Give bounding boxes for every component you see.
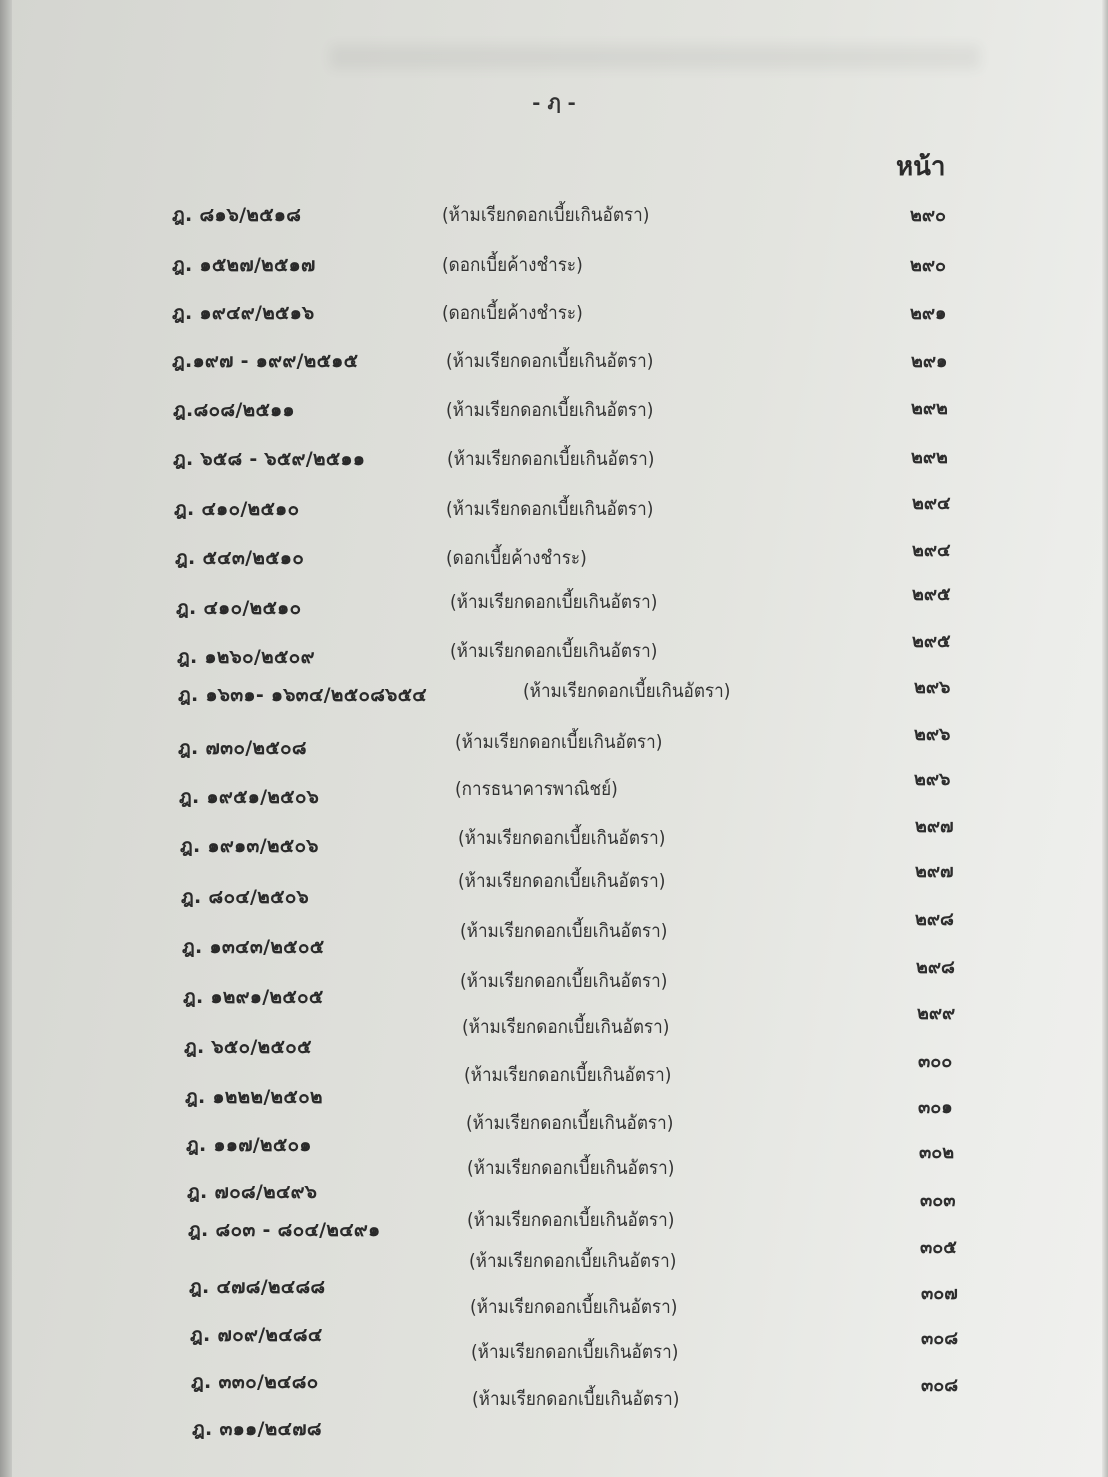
- page-column-header: หน้า: [896, 146, 946, 187]
- page-number: ๒๙๖: [914, 764, 950, 793]
- case-citation: ฎ. ๑๙๑๓/๒๕๐๖: [180, 831, 319, 861]
- case-topic: (ห้ามเรียกดอกเบี้ยเกินอัตรา): [469, 1246, 676, 1276]
- case-citation: ฎ. ๖๕๐/๒๕๐๕: [184, 1032, 312, 1062]
- case-citation: ฎ. ๑๖๓๑- ๑๖๓๔/๒๕๐๘๖๕๔: [178, 680, 427, 710]
- index-entry: ฎ. ๑๕๒๗/๒๕๑๗(ดอกเบี้ยค้างชำระ)๒๙๐: [0, 250, 1108, 286]
- index-entry: ฎ. ๕๔๓/๒๕๑๐(ดอกเบี้ยค้างชำระ)๒๙๔: [0, 543, 1108, 579]
- case-citation: ฎ. ๗๐๘/๒๔๙๖: [187, 1177, 317, 1207]
- case-topic: (ห้ามเรียกดอกเบี้ยเกินอัตรา): [442, 200, 649, 230]
- case-citation: ฎ. ๕๔๓/๒๕๑๐: [175, 543, 304, 573]
- case-citation: ฎ. ๑๒๖๐/๒๕๐๙: [177, 642, 315, 672]
- case-topic: (การธนาคารพาณิชย์): [455, 774, 618, 804]
- case-topic: (ห้ามเรียกดอกเบี้ยเกินอัตรา): [462, 1012, 669, 1042]
- page-number: ๒๙๔: [912, 535, 951, 564]
- index-entry: ฎ. ๑๙๔๙/๒๕๑๖(ดอกเบี้ยค้างชำระ)๒๙๑: [0, 298, 1108, 334]
- page-number: ๒๙๙: [917, 998, 955, 1027]
- case-citation: ฎ. ๘๐๓ - ๘๐๔/๒๔๙๑: [188, 1215, 381, 1245]
- page-number: ๒๙๑: [911, 346, 947, 375]
- case-topic: (ห้ามเรียกดอกเบี้ยเกินอัตรา): [447, 444, 654, 474]
- case-citation: ฎ. ๑๙๔๙/๒๕๑๖: [172, 298, 314, 328]
- page-number: ๒๙๘: [915, 904, 954, 933]
- case-topic: (ห้ามเรียกดอกเบี้ยเกินอัตรา): [467, 1153, 674, 1183]
- case-citation: ฎ. ๗๓๐/๒๕๐๘: [178, 733, 307, 763]
- case-citation: ฎ. ๘๑๖/๒๕๑๘: [172, 200, 301, 230]
- case-topic: (ห้ามเรียกดอกเบี้ยเกินอัตรา): [450, 587, 657, 617]
- index-entry: ฎ. ๖๕๘ - ๖๕๙/๒๕๑๑(ห้ามเรียกดอกเบี้ยเกินอ…: [0, 444, 1108, 480]
- case-topic: (ห้ามเรียกดอกเบี้ยเกินอัตรา): [458, 823, 665, 853]
- case-citation: ฎ. ๑๕๒๗/๒๕๑๗: [172, 250, 316, 280]
- page-marker: - ฦ -: [0, 86, 1108, 118]
- case-citation: ฎ. ๔๑๐/๒๕๑๐: [176, 593, 301, 623]
- index-entry: ฎ. ๔๑๐/๒๕๑๐(ห้ามเรียกดอกเบี้ยเกินอัตรา)๒…: [0, 593, 1108, 629]
- page-number: ๒๙๕: [912, 626, 951, 655]
- page-number: ๒๙๐: [910, 200, 946, 229]
- case-topic: (ดอกเบี้ยค้างชำระ): [446, 543, 587, 573]
- case-citation: ฎ.๘๐๘/๒๕๑๑: [173, 395, 295, 425]
- page-number: ๒๙๗: [915, 811, 954, 840]
- case-topic: (ห้ามเรียกดอกเบี้ยเกินอัตรา): [464, 1060, 671, 1090]
- case-topic: (ห้ามเรียกดอกเบี้ยเกินอัตรา): [446, 395, 653, 425]
- page-number: ๒๙๒: [911, 393, 948, 422]
- case-citation: ฎ. ๑๙๕๑/๒๕๐๖: [179, 782, 319, 812]
- index-entry: ฎ.๘๐๘/๒๕๑๑(ห้ามเรียกดอกเบี้ยเกินอัตรา)๒๙…: [0, 395, 1108, 431]
- case-topic: (ห้ามเรียกดอกเบี้ยเกินอัตรา): [446, 346, 653, 376]
- page-number: ๓๐๘: [921, 1323, 958, 1352]
- page-number: ๒๙๖: [914, 672, 950, 701]
- page-number: ๓๐๒: [919, 1137, 954, 1166]
- case-topic: (ห้ามเรียกดอกเบี้ยเกินอัตรา): [523, 676, 730, 706]
- page-number: ๒๙๐: [910, 250, 946, 279]
- page-number: ๒๙๗: [915, 856, 954, 885]
- case-citation: ฎ. ๑๑๗/๒๕๐๑: [186, 1130, 312, 1160]
- case-topic: (ห้ามเรียกดอกเบี้ยเกินอัตรา): [446, 494, 653, 524]
- page-number: ๒๙๒: [911, 442, 948, 471]
- case-citation: ฎ. ๔๑๐/๒๕๑๐: [174, 494, 299, 524]
- page-number: ๓๐๗: [921, 1278, 958, 1307]
- case-citation: ฎ. ๑๒๒๒/๒๕๐๒: [185, 1082, 323, 1112]
- index-entry: ฎ. ๘๑๖/๒๕๑๘(ห้ามเรียกดอกเบี้ยเกินอัตรา)๒…: [0, 200, 1108, 236]
- show-through-text: [330, 45, 980, 69]
- page-number: ๓๐๓: [920, 1185, 956, 1214]
- case-topic: (ห้ามเรียกดอกเบี้ยเกินอัตรา): [472, 1384, 679, 1414]
- page-number: ๒๙๑: [910, 298, 946, 327]
- case-citation: ฎ. ๖๕๘ - ๖๕๙/๒๕๑๑: [173, 444, 365, 474]
- page-number: ๒๙๕: [912, 579, 951, 608]
- case-topic: (ห้ามเรียกดอกเบี้ยเกินอัตรา): [471, 1337, 678, 1367]
- case-topic: (ห้ามเรียกดอกเบี้ยเกินอัตรา): [467, 1205, 674, 1235]
- page-number: ๒๙๖: [914, 719, 950, 748]
- case-topic: (ห้ามเรียกดอกเบี้ยเกินอัตรา): [466, 1108, 673, 1138]
- index-entry: ฎ. ๑๖๓๑- ๑๖๓๔/๒๕๐๘๖๕๔(ห้ามเรียกดอกเบี้ยเ…: [0, 680, 1108, 716]
- case-citation: ฎ. ๓๓๐/๒๔๘๐: [191, 1367, 319, 1397]
- case-citation: ฎ. ๓๑๑/๒๔๗๘: [192, 1414, 322, 1444]
- page-number: ๒๙๔: [912, 488, 951, 517]
- case-topic: (ดอกเบี้ยค้างชำระ): [442, 250, 583, 280]
- case-citation: ฎ. ๔๗๘/๒๔๘๘: [189, 1272, 325, 1302]
- page-number: ๓๐๕: [920, 1232, 957, 1261]
- case-topic: (ห้ามเรียกดอกเบี้ยเกินอัตรา): [470, 1292, 677, 1322]
- case-topic: (ห้ามเรียกดอกเบี้ยเกินอัตรา): [455, 727, 662, 757]
- page-number: ๓๐๘: [921, 1370, 958, 1399]
- index-entry: ฎ. ๔๑๐/๒๕๑๐(ห้ามเรียกดอกเบี้ยเกินอัตรา)๒…: [0, 494, 1108, 530]
- case-citation: ฎ. ๘๐๔/๒๕๐๖: [181, 882, 309, 912]
- case-citation: ฎ.๑๙๗ - ๑๙๙/๒๕๑๕: [172, 346, 358, 376]
- page-number: ๒๙๘: [916, 952, 955, 981]
- case-topic: (ห้ามเรียกดอกเบี้ยเกินอัตรา): [460, 916, 667, 946]
- page-number: ๓๐๑: [918, 1092, 953, 1121]
- page-number: ๓๐๐: [918, 1046, 952, 1075]
- index-entry: ฎ. ๓๑๑/๒๔๗๘(ห้ามเรียกดอกเบี้ยเกินอัตรา)๓…: [0, 1414, 1108, 1450]
- case-citation: ฎ. ๑๓๔๓/๒๕๐๕: [182, 932, 324, 962]
- case-citation: ฎ. ๑๒๙๑/๒๕๐๕: [183, 982, 324, 1012]
- index-entry: ฎ.๑๙๗ - ๑๙๙/๒๕๑๕(ห้ามเรียกดอกเบี้ยเกินอั…: [0, 346, 1108, 382]
- case-topic: (ห้ามเรียกดอกเบี้ยเกินอัตรา): [450, 636, 657, 666]
- case-topic: (ห้ามเรียกดอกเบี้ยเกินอัตรา): [458, 866, 665, 896]
- case-citation: ฎ. ๗๐๙/๒๔๘๔: [190, 1320, 323, 1350]
- case-topic: (ห้ามเรียกดอกเบี้ยเกินอัตรา): [460, 966, 667, 996]
- case-topic: (ดอกเบี้ยค้างชำระ): [442, 298, 583, 328]
